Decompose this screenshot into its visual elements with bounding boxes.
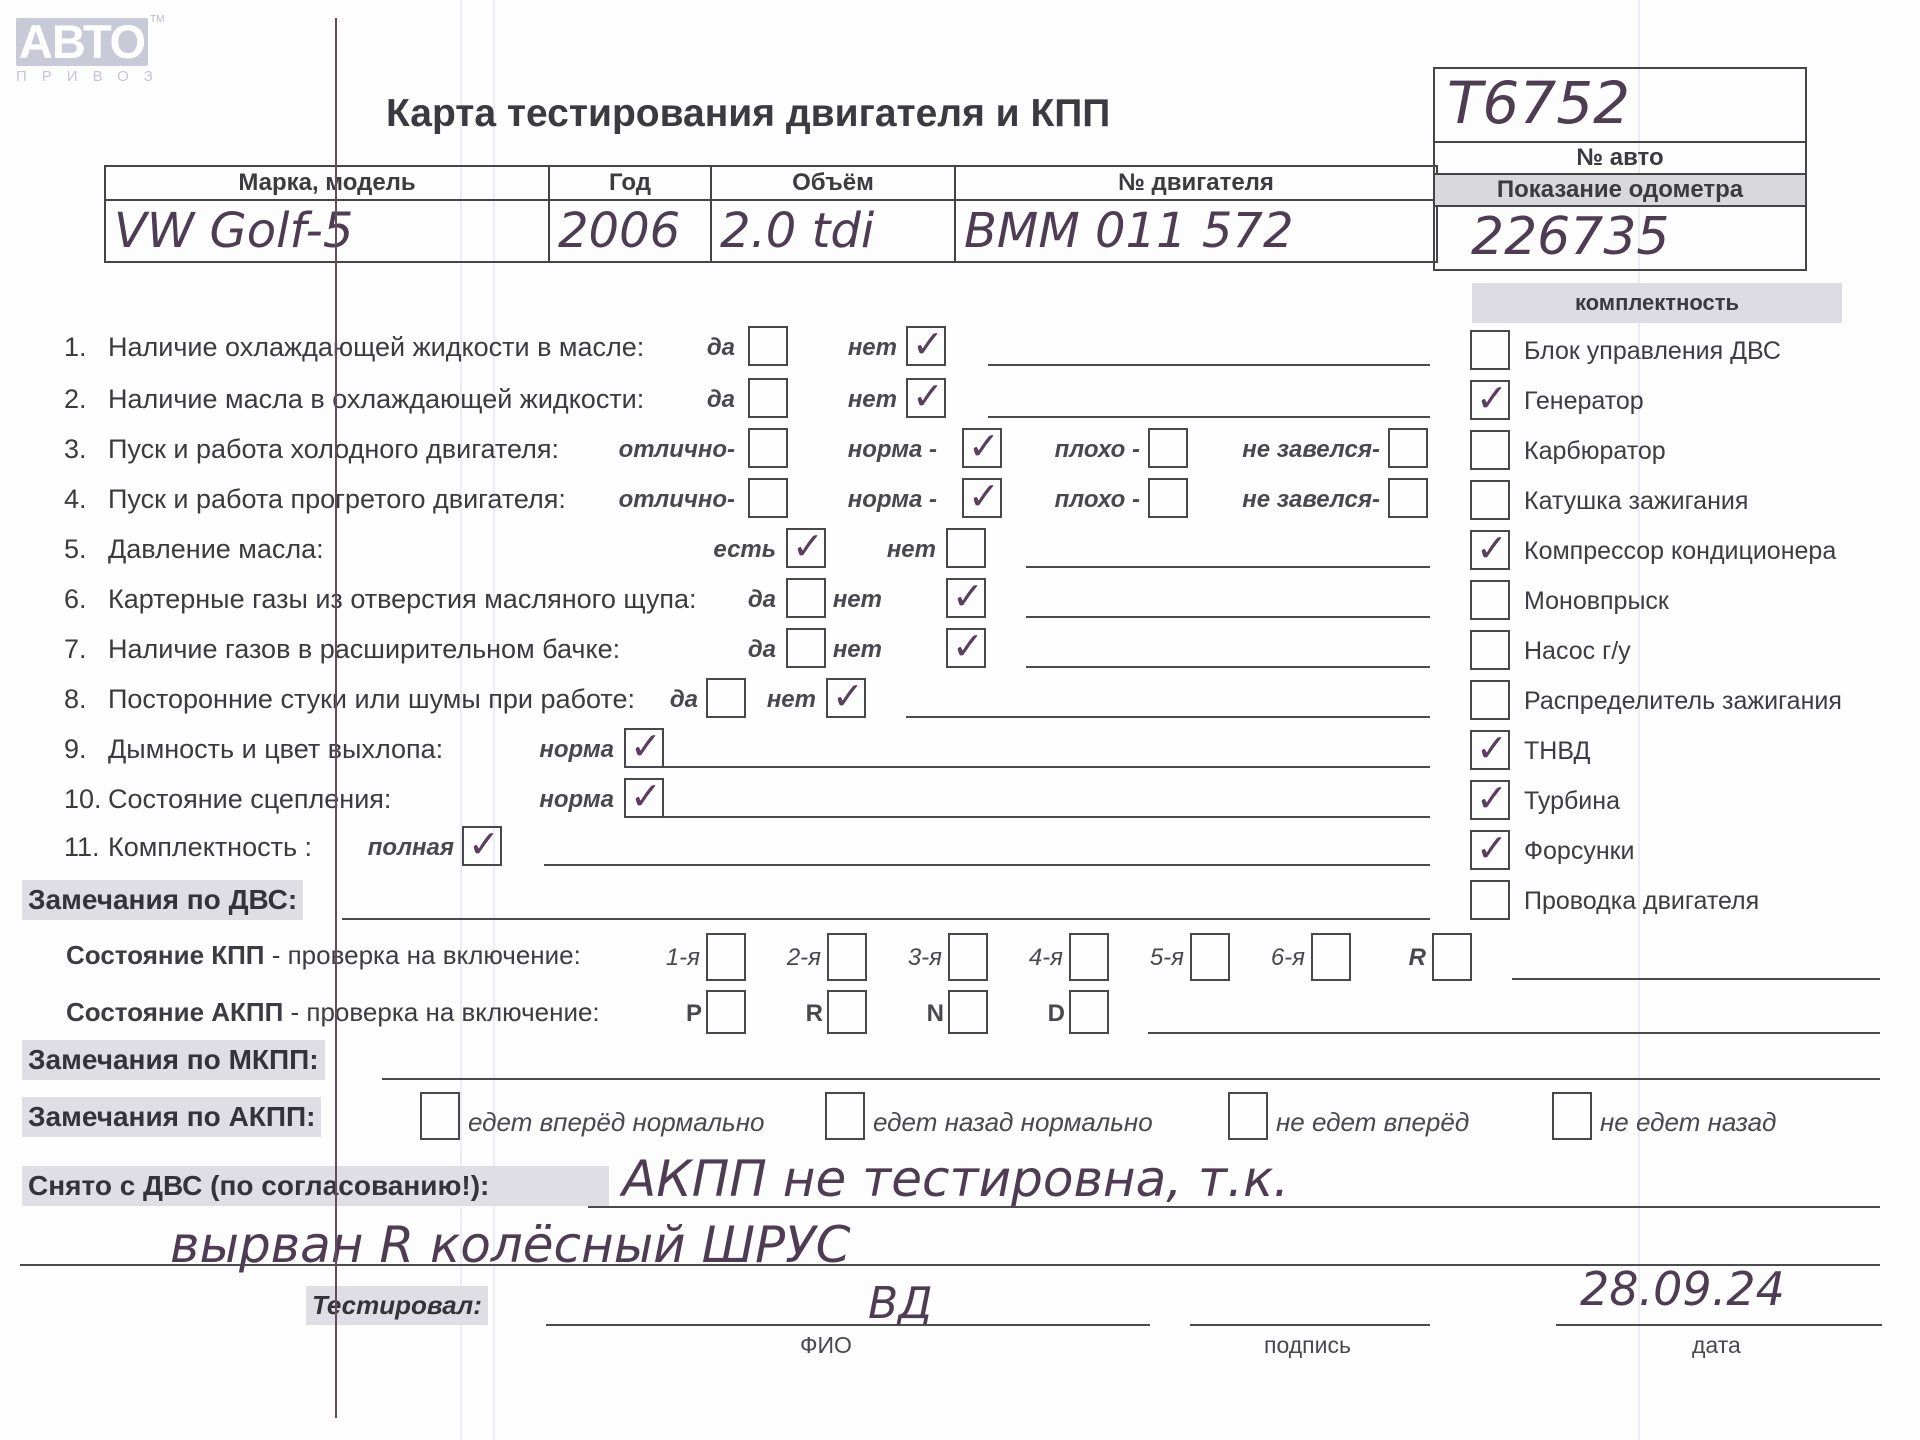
date-caption: дата: [1692, 1332, 1741, 1359]
option-label: плохо -: [1055, 436, 1140, 464]
date-line: [1556, 1324, 1882, 1326]
completeness-label: Турбина: [1524, 787, 1620, 816]
checklist-item: 4.Пуск и работа прогретого двигателя:: [64, 484, 566, 515]
option-checkbox[interactable]: [748, 428, 788, 468]
option-label: не завелся-: [1242, 436, 1380, 464]
item-number: 4.: [64, 484, 108, 515]
odometer-label: Показание одометра: [1435, 175, 1805, 207]
pen-stroke: [335, 18, 337, 1418]
item-label: Состояние сцепления:: [108, 784, 391, 814]
option-checkbox[interactable]: [624, 778, 664, 818]
completeness-label: Насос г/у: [1524, 637, 1631, 666]
item-number: 1.: [64, 332, 108, 363]
option-checkbox[interactable]: [786, 528, 826, 568]
option-checkbox[interactable]: [962, 478, 1002, 518]
item-label: Наличие охлаждающей жидкости в масле:: [108, 332, 644, 362]
option-label: нет: [848, 386, 897, 414]
option-checkbox[interactable]: [946, 628, 986, 668]
item-label: Пуск и работа холодного двигателя:: [108, 434, 559, 464]
checklist-item: 5.Давление масла:: [64, 534, 324, 565]
option-checkbox[interactable]: [786, 578, 826, 618]
engine-remarks-line[interactable]: [342, 918, 1430, 920]
completeness-label: Генератор: [1524, 387, 1644, 416]
option-checkbox[interactable]: [946, 578, 986, 618]
comment-line[interactable]: [1026, 566, 1430, 568]
option-label: плохо -: [1055, 486, 1140, 514]
option-label: да: [707, 334, 735, 362]
auto-remark-checkbox[interactable]: [1228, 1092, 1268, 1140]
odometer-value[interactable]: 226735: [1435, 207, 1805, 269]
gear-checkbox[interactable]: [1311, 933, 1351, 981]
manual-remarks-label: Замечания по МКПП:: [22, 1040, 325, 1080]
option-checkbox[interactable]: [1388, 478, 1428, 518]
completeness-label: Катушка зажигания: [1524, 487, 1748, 516]
completeness-checkbox[interactable]: [1470, 580, 1510, 620]
option-label: отлично-: [619, 486, 735, 514]
option-checkbox[interactable]: [1148, 428, 1188, 468]
gear-label: D: [1048, 1000, 1065, 1028]
completeness-checkbox[interactable]: [1470, 380, 1510, 420]
completeness-checkbox[interactable]: [1470, 830, 1510, 870]
gear-checkbox[interactable]: [1432, 933, 1472, 981]
gear-checkbox[interactable]: [1069, 990, 1109, 1034]
comment-line[interactable]: [988, 416, 1430, 418]
option-label: нет: [833, 586, 882, 614]
completeness-label: Моновпрыск: [1524, 587, 1669, 616]
removed-note-line1[interactable]: АКПП не тестировна, т.к.: [622, 1150, 1289, 1208]
option-checkbox[interactable]: [906, 326, 946, 366]
comment-line[interactable]: [906, 716, 1430, 718]
name-line: [546, 1324, 1150, 1326]
auto-remark-label: едет назад нормально: [873, 1107, 1153, 1138]
completeness-label: Блок управления ДВС: [1524, 337, 1781, 366]
gear-label: 4-я: [1029, 944, 1063, 972]
option-label: отлично-: [619, 436, 735, 464]
gear-label: 6-я: [1271, 944, 1305, 972]
comment-line[interactable]: [988, 364, 1430, 366]
year-value[interactable]: 2006: [549, 200, 711, 262]
option-label: норма: [539, 736, 614, 764]
item-label: Наличие газов в расширительном бачке:: [108, 634, 620, 664]
car-number-value[interactable]: T6752: [1435, 69, 1805, 143]
completeness-checkbox[interactable]: [1470, 480, 1510, 520]
manual-gearbox-line[interactable]: [1512, 978, 1880, 980]
option-checkbox[interactable]: [748, 478, 788, 518]
item-number: 9.: [64, 734, 108, 765]
item-label: Комплектность :: [108, 832, 312, 862]
option-checkbox[interactable]: [462, 826, 502, 866]
vehicle-info-table: Марка, модель Год Объём № двигателя VW G…: [104, 165, 1438, 263]
logo-text: АВТО: [16, 14, 148, 69]
checklist-item: 2.Наличие масла в охлаждающей жидкости:: [64, 384, 644, 415]
item-label: Дымность и цвет выхлопа:: [108, 734, 443, 764]
comment-line[interactable]: [1026, 666, 1430, 668]
signature-caption: подпись: [1264, 1332, 1351, 1359]
gear-label: 3-я: [908, 944, 942, 972]
car-number-label: № авто: [1435, 143, 1805, 175]
auto-remarks-label: Замечания по АКПП:: [22, 1097, 321, 1137]
completeness-label: ТНВД: [1524, 737, 1590, 766]
removed-line-1: [588, 1206, 1880, 1208]
gear-checkbox[interactable]: [827, 990, 867, 1034]
gear-checkbox[interactable]: [948, 990, 988, 1034]
option-label: полная: [368, 834, 454, 862]
option-label: да: [707, 386, 735, 414]
tested-by-label: Тестировал:: [306, 1286, 488, 1325]
item-number: 5.: [64, 534, 108, 565]
completeness-checkbox[interactable]: [1470, 430, 1510, 470]
gear-checkbox[interactable]: [706, 990, 746, 1034]
completeness-checkbox[interactable]: [1470, 780, 1510, 820]
option-label: нет: [887, 536, 936, 564]
option-label: есть: [713, 536, 776, 564]
signature-line[interactable]: [1190, 1324, 1430, 1326]
item-number: 11.: [64, 832, 108, 863]
car-info-box: T6752 № авто Показание одометра 226735: [1433, 67, 1807, 271]
auto-remark-label: едет вперёд нормально: [468, 1107, 764, 1138]
logo-subtitle: ПРИВОЗ: [16, 68, 168, 85]
completeness-label: Распределитель зажигания: [1524, 687, 1842, 716]
checklist-item: 9.Дымность и цвет выхлопа:: [64, 734, 443, 765]
completeness-heading: комплектность: [1472, 283, 1842, 323]
tester-name-value[interactable]: ВД: [868, 1278, 933, 1329]
option-checkbox[interactable]: [786, 628, 826, 668]
comment-line[interactable]: [1026, 616, 1430, 618]
checklist-item: 6.Картерные газы из отверстия масляного …: [64, 584, 697, 615]
col-volume: Объём: [711, 166, 955, 200]
option-checkbox[interactable]: [906, 378, 946, 418]
comment-line[interactable]: [664, 766, 1430, 768]
completeness-label: Проводка двигателя: [1524, 887, 1759, 916]
option-label: не завелся-: [1242, 486, 1380, 514]
checklist-item: 3.Пуск и работа холодного двигателя:: [64, 434, 559, 465]
auto-remark-checkbox[interactable]: [1552, 1092, 1592, 1140]
completeness-label: Форсунки: [1524, 837, 1635, 866]
checklist-item: 11.Комплектность :: [64, 832, 312, 863]
engine-remarks-label: Замечания по ДВС:: [22, 880, 303, 920]
make-model-value[interactable]: VW Golf-5: [105, 200, 549, 262]
option-checkbox[interactable]: [706, 678, 746, 718]
manual-gearbox-label: Состояние КПП - проверка на включение:: [66, 940, 581, 971]
completeness-label: Компрессор кондиционера: [1524, 537, 1836, 566]
option-checkbox[interactable]: [826, 678, 866, 718]
gear-checkbox[interactable]: [827, 933, 867, 981]
completeness-checkbox[interactable]: [1470, 880, 1510, 920]
option-label: нет: [848, 334, 897, 362]
item-label: Наличие масла в охлаждающей жидкости:: [108, 384, 644, 414]
col-make-model: Марка, модель: [105, 166, 549, 200]
item-number: 2.: [64, 384, 108, 415]
auto-remark-label: не едет вперёд: [1276, 1107, 1469, 1138]
volume-value[interactable]: 2.0 tdi: [711, 200, 955, 262]
option-label: норма -: [848, 486, 937, 514]
completeness-checkbox[interactable]: [1470, 730, 1510, 770]
gear-label: 5-я: [1150, 944, 1184, 972]
gear-label: 2-я: [787, 944, 821, 972]
auto-remark-checkbox[interactable]: [420, 1092, 460, 1140]
option-label: норма -: [848, 436, 937, 464]
engine-number-value[interactable]: BMM 011 572: [955, 200, 1437, 262]
option-label: да: [748, 636, 776, 664]
col-year: Год: [549, 166, 711, 200]
gear-label: N: [927, 1000, 944, 1028]
checklist-item: 8.Посторонние стуки или шумы при работе:: [64, 684, 635, 715]
item-number: 3.: [64, 434, 108, 465]
checklist-item: 7.Наличие газов в расширительном бачке:: [64, 634, 620, 665]
gear-checkbox[interactable]: [1069, 933, 1109, 981]
option-label: норма: [539, 786, 614, 814]
option-label: нет: [767, 686, 816, 714]
gear-label: R: [1409, 944, 1426, 972]
completeness-checkbox[interactable]: [1470, 680, 1510, 720]
manual-remarks-line[interactable]: [382, 1078, 1880, 1080]
checklist-item: 10.Состояние сцепления:: [64, 784, 391, 815]
auto-gearbox-label: Состояние АКПП - проверка на включение:: [66, 997, 600, 1028]
completeness-checkbox[interactable]: [1470, 330, 1510, 370]
completeness-label: Карбюратор: [1524, 437, 1666, 466]
date-value[interactable]: 28.09.24: [1580, 1262, 1785, 1316]
gear-label: 1-я: [666, 944, 700, 972]
auto-gearbox-line[interactable]: [1148, 1032, 1880, 1034]
comment-line[interactable]: [544, 864, 1430, 866]
completeness-checkbox[interactable]: [1470, 630, 1510, 670]
option-label: да: [748, 586, 776, 614]
option-checkbox[interactable]: [962, 428, 1002, 468]
option-checkbox[interactable]: [748, 378, 788, 418]
item-number: 6.: [64, 584, 108, 615]
item-number: 10.: [64, 784, 108, 815]
comment-line[interactable]: [664, 816, 1430, 818]
option-checkbox[interactable]: [1148, 478, 1188, 518]
checklist-item: 1.Наличие охлаждающей жидкости в масле:: [64, 332, 644, 363]
item-label: Картерные газы из отверстия масляного щу…: [108, 584, 697, 614]
gear-checkbox[interactable]: [1190, 933, 1230, 981]
item-label: Посторонние стуки или шумы при работе:: [108, 684, 635, 714]
removed-label: Снято с ДВС (по согласованию!):: [22, 1166, 609, 1206]
auto-remark-label: не едет назад: [1600, 1107, 1776, 1138]
name-caption: ФИО: [800, 1332, 852, 1359]
gear-label: R: [806, 1000, 823, 1028]
option-label: нет: [833, 636, 882, 664]
option-checkbox[interactable]: [624, 728, 664, 768]
gear-label: P: [686, 1000, 702, 1028]
option-checkbox[interactable]: [1388, 428, 1428, 468]
item-label: Давление масла:: [108, 534, 324, 564]
completeness-checkbox[interactable]: [1470, 530, 1510, 570]
page-title: Карта тестирования двигателя и КПП: [386, 92, 1110, 136]
option-checkbox[interactable]: [748, 326, 788, 366]
option-checkbox[interactable]: [946, 528, 986, 568]
option-label: да: [670, 686, 698, 714]
gear-checkbox[interactable]: [706, 933, 746, 981]
item-number: 8.: [64, 684, 108, 715]
gear-checkbox[interactable]: [948, 933, 988, 981]
auto-remark-checkbox[interactable]: [825, 1092, 865, 1140]
logo-tm: TM: [150, 14, 164, 25]
item-number: 7.: [64, 634, 108, 665]
col-engine-number: № двигателя: [955, 166, 1437, 200]
